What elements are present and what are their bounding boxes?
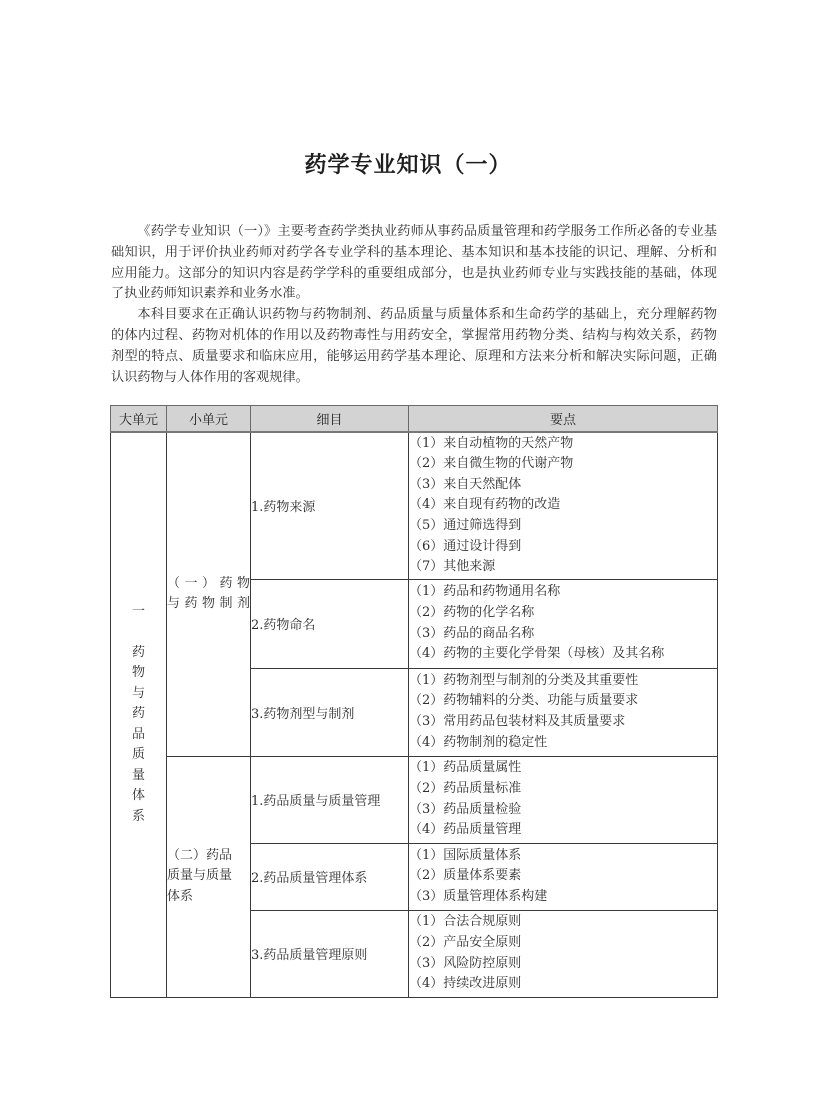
- big-unit-char: 体: [132, 786, 145, 807]
- small-unit-label: 质量与质量: [167, 866, 250, 887]
- big-unit-char: 品: [132, 725, 145, 746]
- points-cell: （1）合法合规原则 （2）产品安全原则 （3）风险防控原则 （4）持续改进原则: [409, 910, 718, 997]
- point-item: （1）药物剂型与制剂的分类及其重要性: [409, 671, 717, 692]
- small-unit-label: 体系: [167, 887, 250, 908]
- big-unit-cell: 一 药 物 与 药 品 质 量 体 系: [111, 432, 167, 997]
- point-item: （5）通过筛选得到: [409, 516, 717, 537]
- small-unit-cell-1: （一）药物 与药物制剂: [167, 432, 251, 756]
- header-big-unit: 大单元: [111, 406, 167, 433]
- big-unit-char: 与: [132, 684, 145, 705]
- intro-section: 《药学专业知识（一）》主要考查药学类执业药师从事药品质量管理和药学服务工作所必备…: [111, 222, 717, 388]
- point-item: （3）常用药品包装材料及其质量要求: [409, 712, 717, 733]
- point-item: （2）质量体系要素: [409, 866, 717, 887]
- topic-cell: 2.药品质量管理体系: [251, 843, 409, 910]
- big-unit-char: 系: [132, 807, 145, 828]
- header-small-unit: 小单元: [167, 406, 251, 433]
- point-item: （6）通过设计得到: [409, 537, 717, 558]
- point-item: （1）药品和药物通用名称: [409, 582, 717, 603]
- point-item: （4）持续改进原则: [409, 974, 717, 995]
- topic-cell: 1.药品质量与质量管理: [251, 756, 409, 843]
- big-unit-number: 一: [132, 602, 145, 623]
- point-item: （4）药物制剂的稳定性: [409, 733, 717, 754]
- small-unit-label: （一）药物: [167, 574, 250, 595]
- topic-cell: 3.药品质量管理原则: [251, 910, 409, 997]
- point-item: （1）来自动植物的天然产物: [409, 434, 717, 455]
- points-cell: （1）药物剂型与制剂的分类及其重要性 （2）药物辅料的分类、功能与质量要求 （3…: [409, 668, 718, 756]
- points-cell: （1）药品和药物通用名称 （2）药物的化学名称 （3）药品的商品名称 （4）药物…: [409, 579, 718, 668]
- point-item: （2）药品质量标准: [409, 779, 717, 800]
- point-item: （1）药品质量属性: [409, 758, 717, 779]
- small-unit-cell-2: （二）药品 质量与质量 体系: [167, 756, 251, 997]
- point-item: （4）药物的主要化学骨架（母核）及其名称: [409, 644, 717, 665]
- point-item: （7）其他来源: [409, 557, 717, 578]
- header-key-points: 要点: [409, 406, 718, 433]
- intro-paragraph-1: 《药学专业知识（一）》主要考查药学类执业药师从事药品质量管理和药学服务工作所必备…: [111, 222, 717, 305]
- syllabus-table: 大单元 小单元 细目 要点 一 药 物 与 药 品 质 量 体 系: [110, 405, 718, 998]
- table-header-row: 大单元 小单元 细目 要点: [111, 406, 718, 433]
- point-item: （3）来自天然配体: [409, 475, 717, 496]
- header-topic: 细目: [251, 406, 409, 433]
- point-item: （3）风险防控原则: [409, 954, 717, 975]
- table-row: 一 药 物 与 药 品 质 量 体 系 （一）药物 与药物制剂 1.药物来源 （…: [111, 432, 718, 579]
- point-item: （4）来自现有药物的改造: [409, 495, 717, 516]
- page-title: 药学专业知识（一）: [0, 148, 816, 179]
- point-item: （3）质量管理体系构建: [409, 887, 717, 908]
- big-unit-char: 质: [132, 745, 145, 766]
- points-cell: （1）来自动植物的天然产物 （2）来自微生物的代谢产物 （3）来自天然配体 （4…: [409, 432, 718, 579]
- point-item: （1）合法合规原则: [409, 912, 717, 933]
- points-cell: （1）国际质量体系 （2）质量体系要素 （3）质量管理体系构建: [409, 843, 718, 910]
- point-item: （4）药品质量管理: [409, 820, 717, 841]
- topic-cell: 2.药物命名: [251, 579, 409, 668]
- topic-cell: 1.药物来源: [251, 432, 409, 579]
- big-unit-char: 药: [132, 704, 145, 725]
- small-unit-label: （二）药品: [167, 846, 250, 867]
- point-item: （2）药物辅料的分类、功能与质量要求: [409, 691, 717, 712]
- points-cell: （1）药品质量属性 （2）药品质量标准 （3）药品质量检验 （4）药品质量管理: [409, 756, 718, 843]
- intro-paragraph-2: 本科目要求在正确认识药物与药物制剂、药品质量与质量体系和生命药学的基础上，充分理…: [111, 305, 717, 388]
- big-unit-char: 药: [132, 643, 145, 664]
- point-item: （3）药品的商品名称: [409, 624, 717, 645]
- small-unit-label: 与药物制剂: [167, 594, 250, 615]
- point-item: （1）国际质量体系: [409, 846, 717, 867]
- table-row: （二）药品 质量与质量 体系 1.药品质量与质量管理 （1）药品质量属性 （2）…: [111, 756, 718, 843]
- point-item: （2）来自微生物的代谢产物: [409, 454, 717, 475]
- topic-cell: 3.药物剂型与制剂: [251, 668, 409, 756]
- point-item: （2）药物的化学名称: [409, 603, 717, 624]
- point-item: （2）产品安全原则: [409, 933, 717, 954]
- big-unit-char: 量: [132, 766, 145, 787]
- point-item: （3）药品质量检验: [409, 800, 717, 821]
- big-unit-char: 物: [132, 663, 145, 684]
